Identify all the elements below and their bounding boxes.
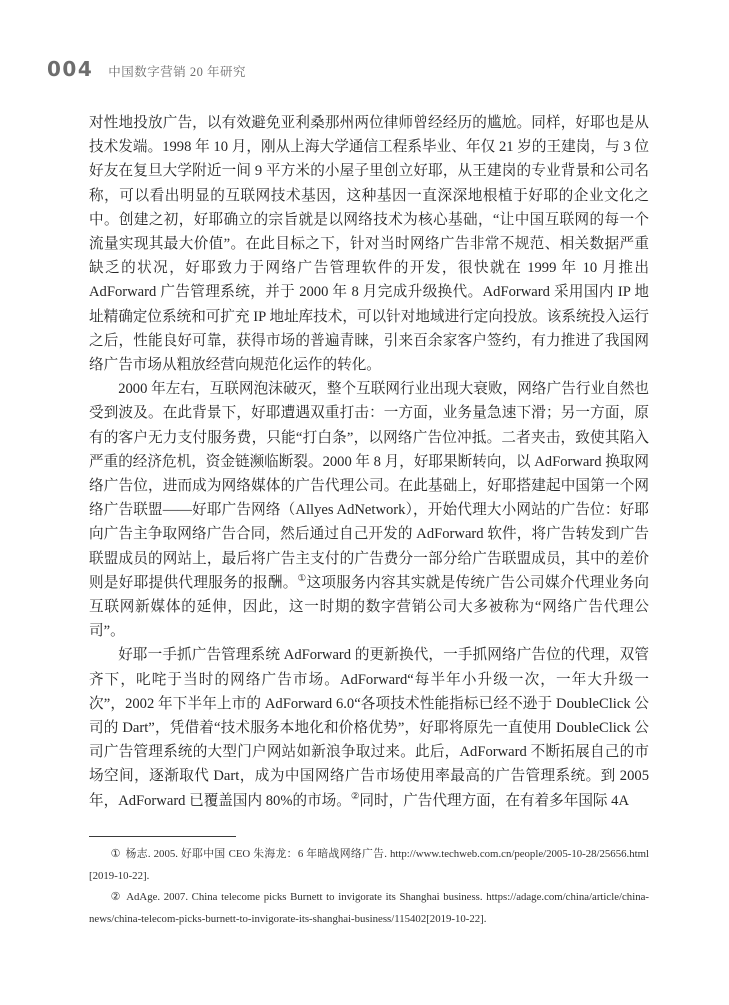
book-page: 004 中国数字营销 20 年研究 对性地投放广告，以有效避免亚利桑那州两位律师… [0, 0, 729, 1005]
footnote-1-text: 杨志. 2005. 好耶中国 CEO 朱海龙：6 年暗战网络广告. http:/… [89, 848, 649, 882]
page-header: 004 中国数字营销 20 年研究 [47, 57, 246, 81]
paragraph-2-text: 2000 年左右，互联网泡沫破灭，整个互联网行业出现大衰败，网络广告行业自然也受… [89, 381, 649, 591]
body-text: 对性地投放广告，以有效避免亚利桑那州两位律师曾经经历的尴尬。同样，好耶也是从技术… [89, 111, 649, 813]
book-title: 中国数字营销 20 年研究 [108, 62, 246, 80]
footnotes-section: ①杨志. 2005. 好耶中国 CEO 朱海龙：6 年暗战网络广告. http:… [89, 836, 649, 930]
footnote-1: ①杨志. 2005. 好耶中国 CEO 朱海龙：6 年暗战网络广告. http:… [89, 844, 649, 887]
footnote-1-mark: ① [111, 848, 121, 860]
page-number: 004 [47, 57, 93, 81]
footnote-2-mark: ② [111, 891, 122, 903]
paragraph-1: 对性地投放广告，以有效避免亚利桑那州两位律师曾经经历的尴尬。同样，好耶也是从技术… [89, 111, 649, 377]
paragraph-3-text: 好耶一手抓广告管理系统 AdForward 的更新换代，一手抓网络广告位的代理，… [89, 647, 649, 808]
paragraph-3-text-after: 同时，广告代理方面，在有着多年国际 4A [359, 793, 629, 809]
footnote-2-text: AdAge. 2007. China telecome picks Burnet… [89, 891, 649, 925]
paragraph-3: 好耶一手抓广告管理系统 AdForward 的更新换代，一手抓网络广告位的代理，… [89, 643, 649, 812]
footnote-separator [89, 836, 236, 837]
paragraph-2: 2000 年左右，互联网泡沫破灭，整个互联网行业出现大衰败，网络广告行业自然也受… [89, 377, 649, 643]
footnote-2: ②AdAge. 2007. China telecome picks Burne… [89, 887, 649, 930]
